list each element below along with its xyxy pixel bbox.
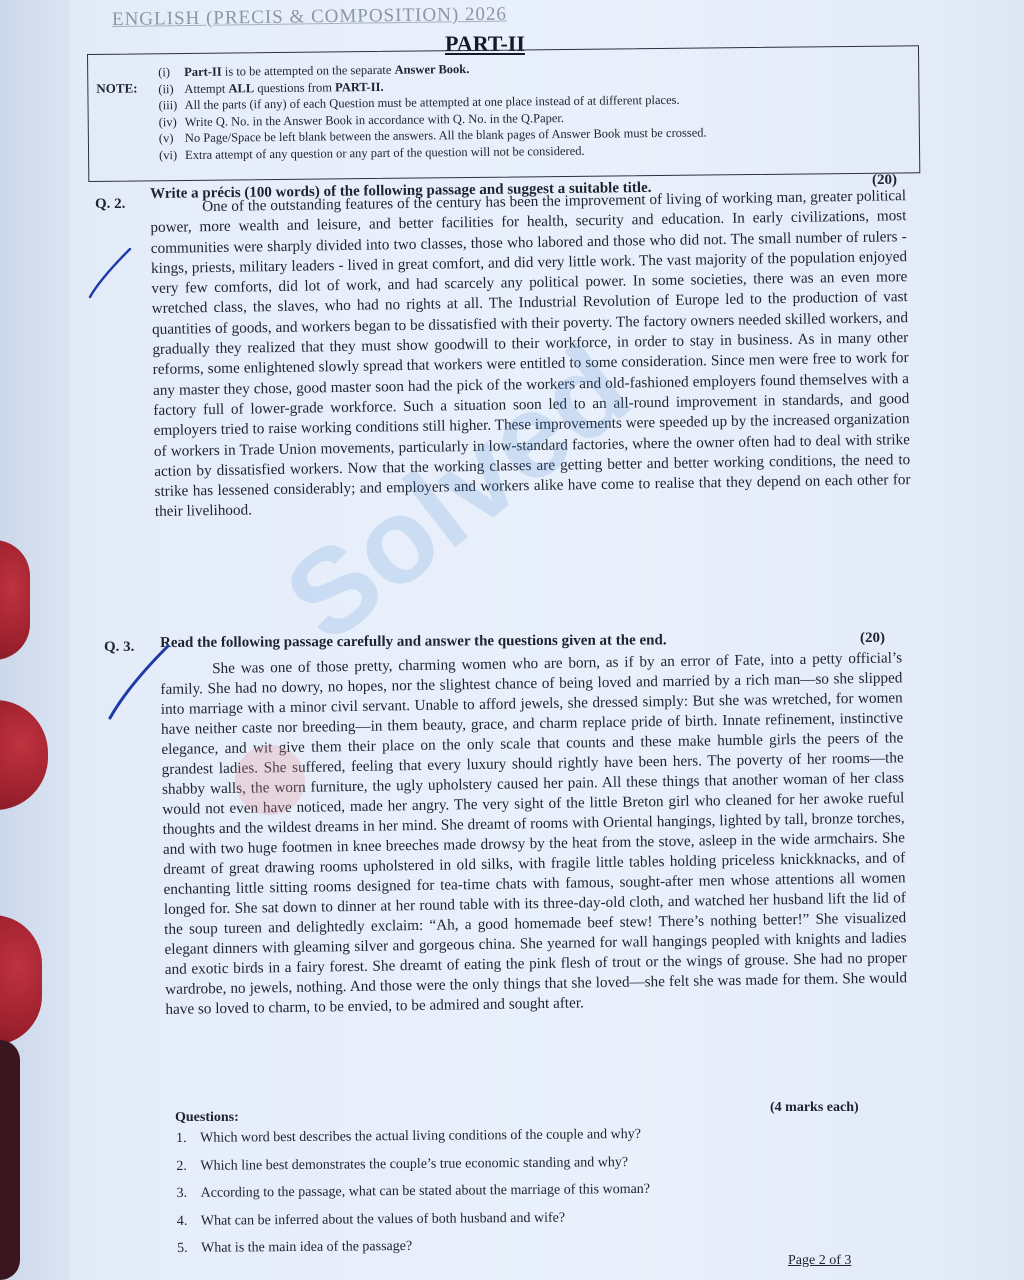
page-number: Page 2 of 3: [788, 1253, 851, 1269]
finger-photo-artifact: [0, 1040, 20, 1280]
note-list: (i)Part-II is to be attempted on the sep…: [158, 59, 707, 164]
q3-number: Q. 3.: [104, 639, 134, 656]
question-item: 1.Which word best describes the actual l…: [176, 1121, 650, 1153]
exam-subject-header: ENGLISH (PRECIS & COMPOSITION) 2026: [112, 3, 552, 31]
question-list: 1.Which word best describes the actual l…: [176, 1121, 651, 1263]
question-item: 4.What can be inferred about the values …: [177, 1203, 651, 1235]
q2-passage: One of the outstanding features of the c…: [150, 186, 911, 523]
watermark-logo: [235, 745, 305, 815]
q3-marks: (20): [860, 630, 885, 647]
q3-passage: She was one of those pretty, charming wo…: [160, 648, 908, 1020]
q2-number: Q. 2.: [95, 196, 125, 213]
questions-marks: (4 marks each): [770, 1100, 859, 1116]
pen-checkmark-icon: [86, 245, 136, 305]
question-item: 2.Which line best demonstrates the coupl…: [176, 1148, 650, 1180]
question-item: 5.What is the main idea of the passage?: [177, 1231, 651, 1263]
q3-instruction: Read the following passage carefully and…: [160, 632, 667, 652]
note-box: NOTE: (i)Part-II is to be attempted on t…: [87, 45, 920, 182]
question-item: 3.According to the passage, what can be …: [176, 1176, 650, 1208]
note-label: NOTE:: [96, 80, 137, 96]
